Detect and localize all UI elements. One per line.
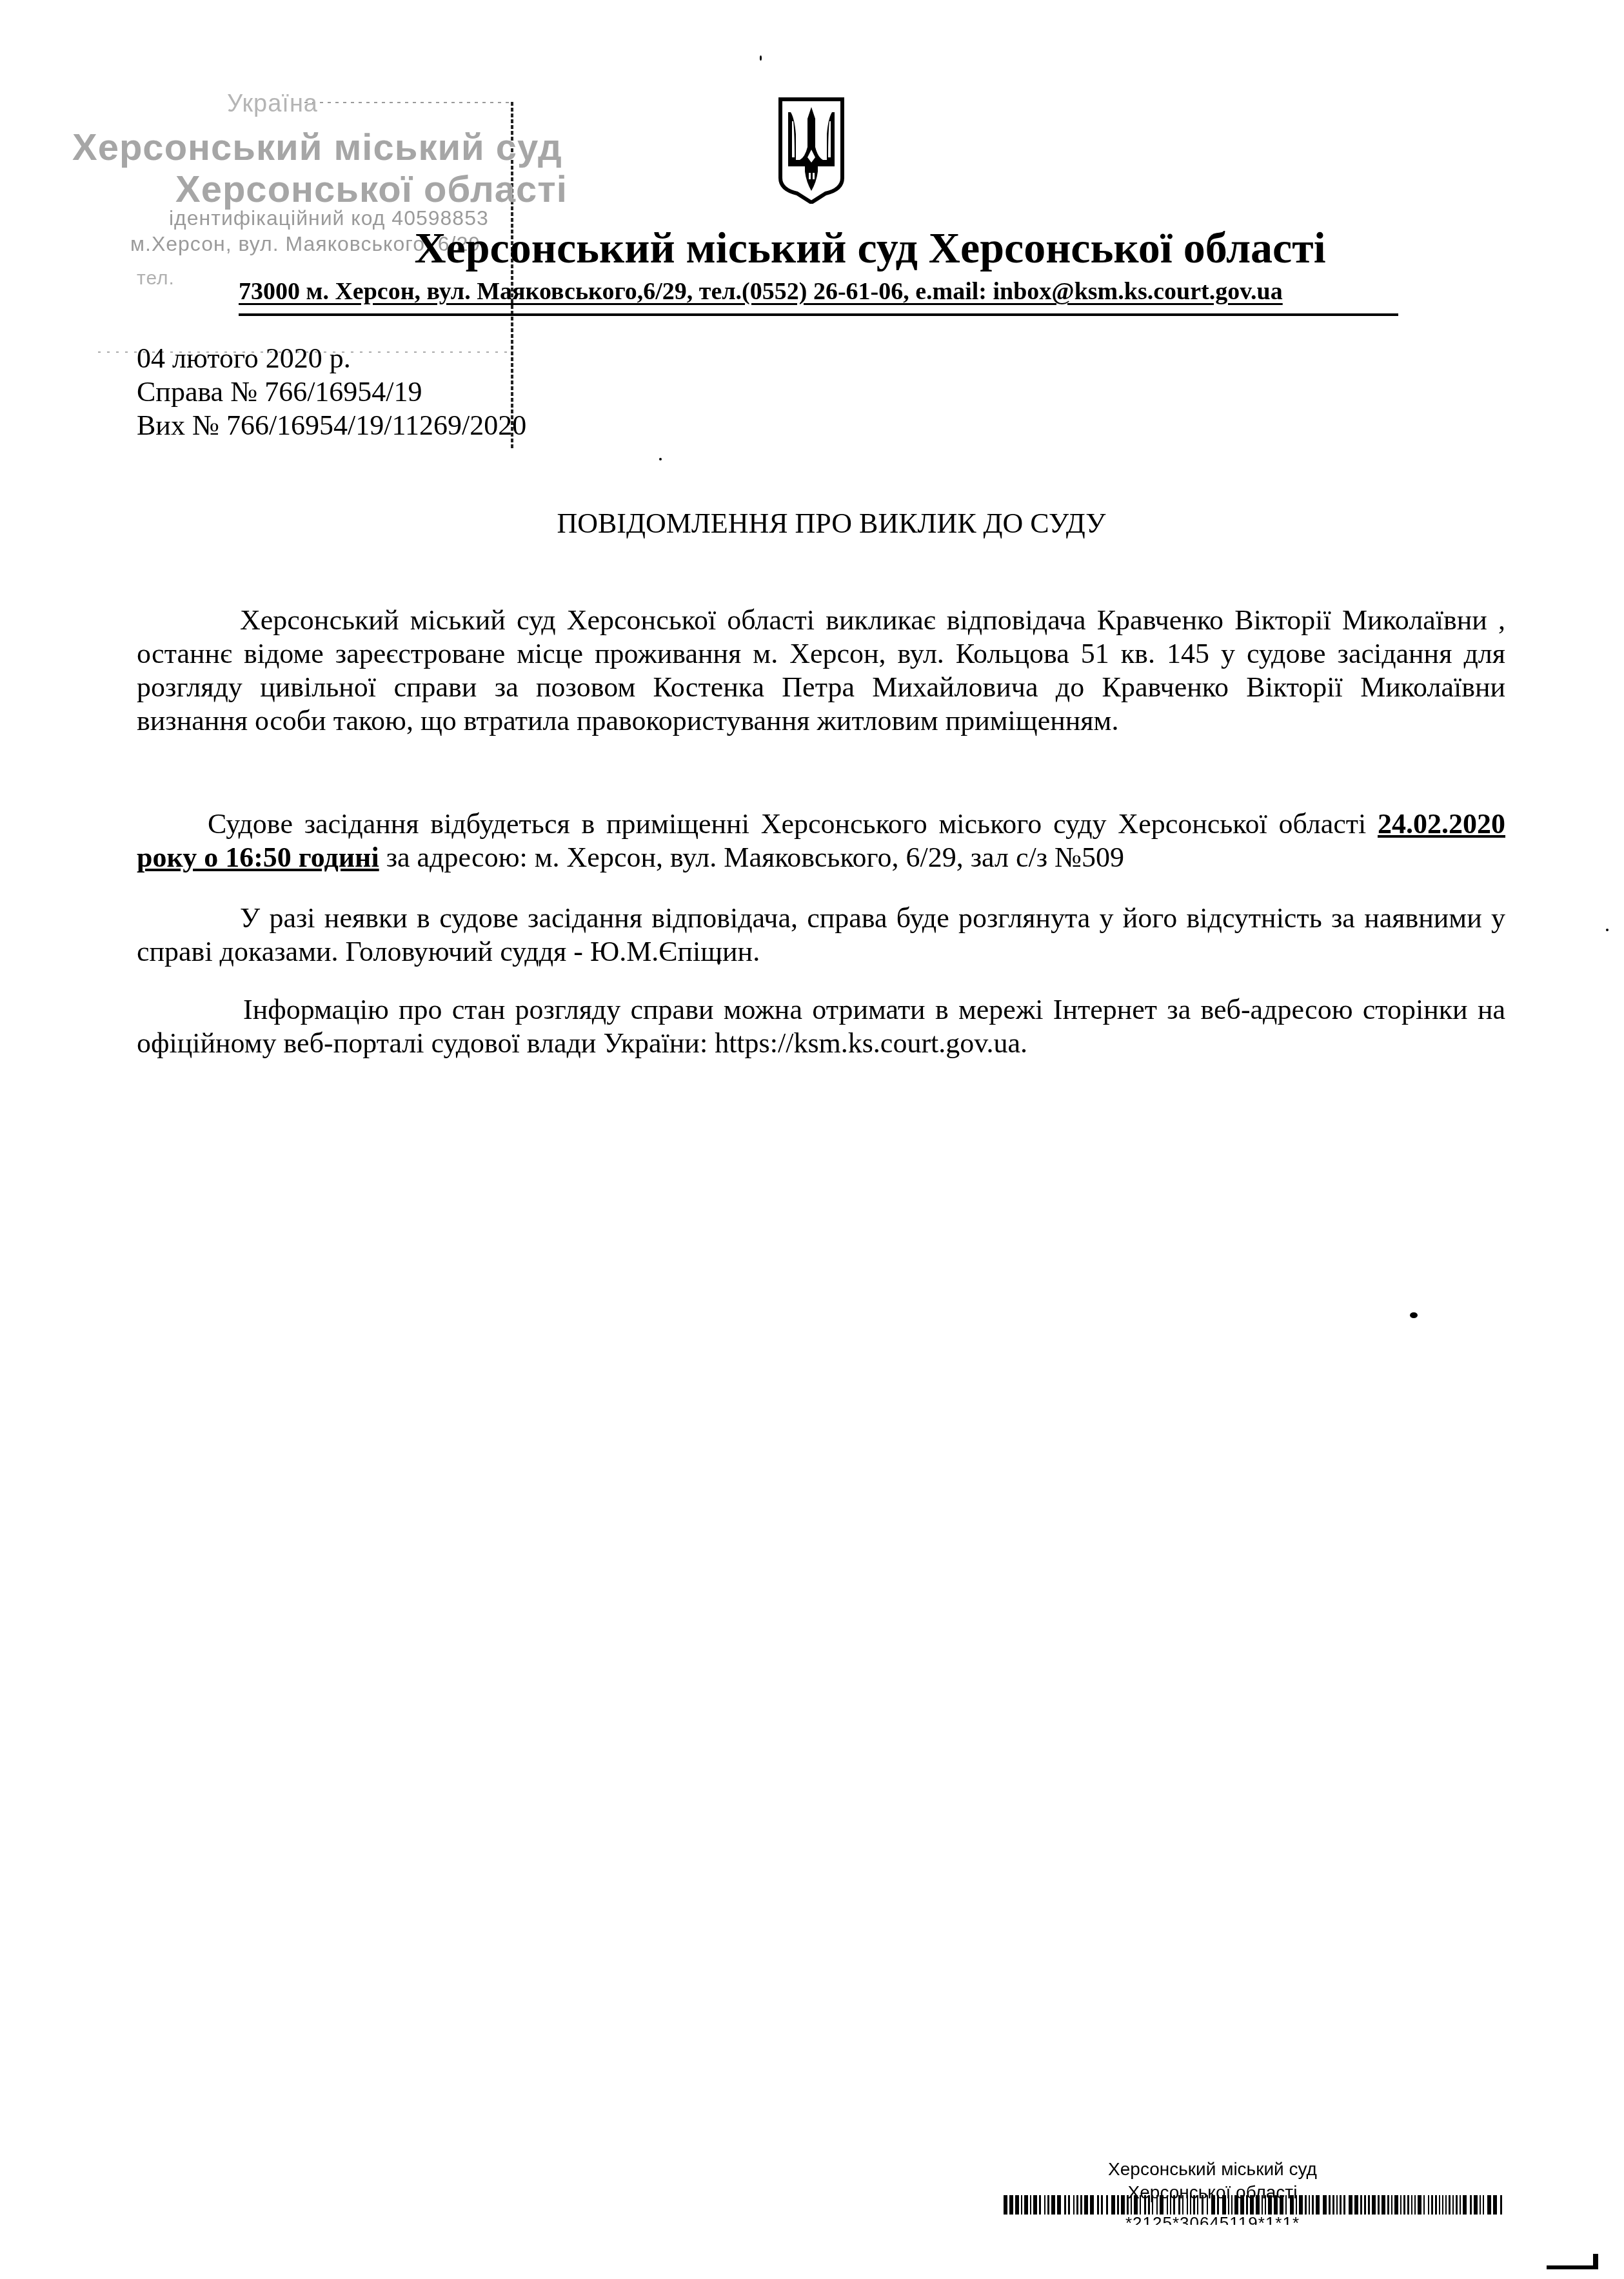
scan-edge-mark — [1547, 2265, 1598, 2269]
outgoing-number: Вих № 766/16954/19/11269/2020 — [137, 409, 526, 442]
barcode — [1004, 2195, 1503, 2215]
stamp-region: Херсонської області — [175, 168, 568, 211]
scan-speck — [659, 458, 662, 460]
stamp-court-name: Херсонський міський суд — [72, 126, 562, 169]
hearing-text: Судове засідання відбудеться в приміщенн… — [208, 808, 1378, 840]
court-name-heading: Херсонський міський суд Херсонської обла… — [0, 222, 1624, 273]
scan-speck — [1606, 929, 1609, 931]
barcode-label: Херсонський міський суд — [993, 2159, 1432, 2180]
case-number: Справа № 766/16954/19 — [137, 375, 422, 408]
coat-of-arms-icon — [777, 95, 846, 204]
scan-speck — [1410, 1312, 1418, 1318]
barcode-number: *2125*30645119*1*1* — [993, 2213, 1432, 2225]
scan-edge-mark — [1593, 2254, 1598, 2268]
paragraph-summons: Херсонський міський суд Херсонської обла… — [137, 604, 1505, 738]
document-date: 04 лютого 2020 р. — [137, 342, 351, 375]
court-address: 73000 м. Херсон, вул. Маяковського,6/29,… — [239, 277, 1283, 306]
document-title: ПОВІДОМЛЕННЯ ПРО ВИКЛИК ДО СУДУ — [0, 507, 1624, 540]
stamp-border — [304, 102, 511, 103]
paragraph-absence: У разі неявки в судове засідання відпові… — [137, 902, 1505, 969]
paragraph-hearing: Судове засідання відбудеться в приміщенн… — [137, 807, 1505, 874]
scan-speck — [760, 55, 762, 61]
header-divider — [239, 313, 1398, 316]
hearing-address: за адресою: м. Херсон, вул. Маяковського… — [379, 842, 1124, 873]
stamp-country: Україна — [227, 90, 318, 118]
scan-speck — [717, 957, 720, 965]
paragraph-info: Інформацію про стан розгляду справи можн… — [137, 993, 1505, 1060]
